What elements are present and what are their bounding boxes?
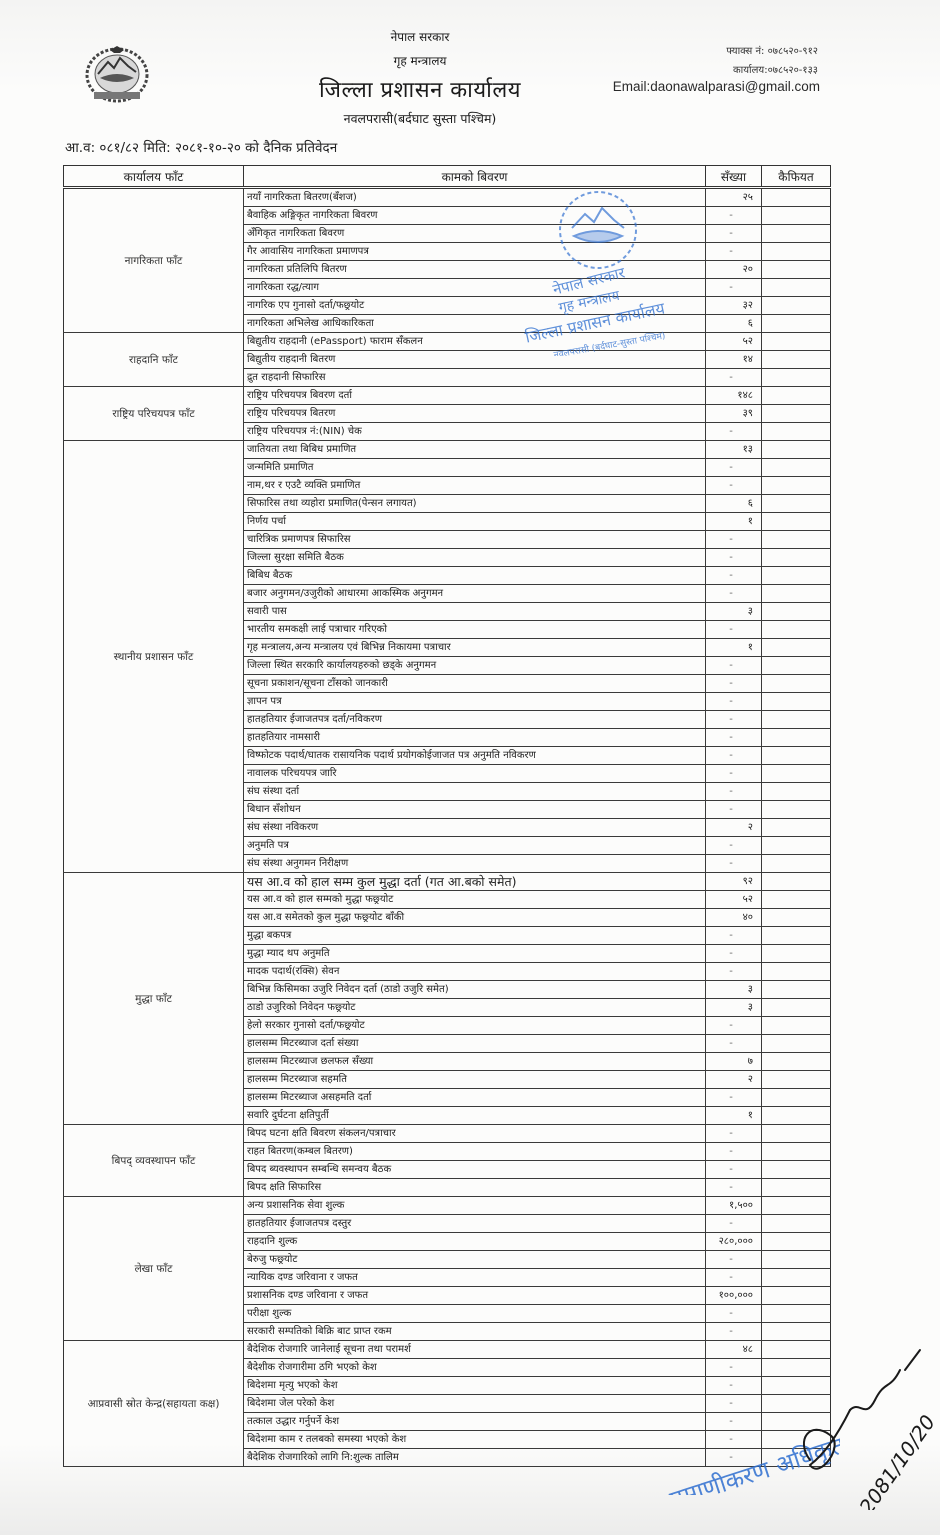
task-description: राष्ट्रिय परिचयपत्र नं:(NIN) चेक (244, 423, 706, 441)
task-count: - (706, 783, 762, 801)
task-description: ठाडो उजुरिको निवेदन फछ्र्योट (244, 999, 706, 1017)
task-description: जातियता तथा बिबिध प्रमाणित (244, 441, 706, 459)
task-count: १४८ (706, 387, 762, 405)
task-count: ३९ (706, 405, 762, 423)
task-count: ३ (706, 981, 762, 999)
task-remark (762, 1431, 831, 1449)
task-remark (762, 1089, 831, 1107)
task-count: १३ (706, 441, 762, 459)
task-count: ६ (706, 315, 762, 333)
task-count: ४८ (706, 1341, 762, 1359)
table-row: स्थानीय प्रशासन फाँटजातियता तथा बिबिध प्… (64, 441, 831, 459)
task-description: अन्य प्रशासनिक सेवा शुल्क (244, 1197, 706, 1215)
task-description: यस आ.व को हाल सम्मको मुद्धा फछ्र्योट (244, 891, 706, 909)
task-remark (762, 423, 831, 441)
task-remark (762, 585, 831, 603)
task-count: - (706, 1179, 762, 1197)
task-remark (762, 225, 831, 243)
task-count: - (706, 1017, 762, 1035)
task-count: ३ (706, 603, 762, 621)
task-description: नाम,थर र एउटै व्यक्ति प्रमाणित (244, 477, 706, 495)
task-description: गैर आवासिय नागरिकता प्रमाणपत्र (244, 243, 706, 261)
task-description: बिपद घटना क्षति बिवरण संकलन/पत्राचार (244, 1125, 706, 1143)
task-description: अनुमति पत्र (244, 837, 706, 855)
task-count: ९२ (706, 873, 762, 891)
task-description: गृह मन्त्रालय,अन्य मन्त्रालय एवं बिभिन्न… (244, 639, 706, 657)
task-remark (762, 297, 831, 315)
task-remark (762, 1197, 831, 1215)
task-count: - (706, 423, 762, 441)
task-count: ३२ (706, 297, 762, 315)
task-count: २० (706, 261, 762, 279)
task-remark (762, 369, 831, 387)
task-description: हालसम्म मिटरब्याज असहमति दर्ता (244, 1089, 706, 1107)
task-remark (762, 441, 831, 459)
section-name: राहदानि फाँट (64, 333, 244, 387)
ministry-name: गृह मन्त्रालय (370, 52, 470, 69)
task-remark (762, 1035, 831, 1053)
task-count: ३ (706, 999, 762, 1017)
task-count: २८०,००० (706, 1233, 762, 1251)
table-row: नागरिकता फाँटनयाँ नागरिकता बितरण(बँशज)२५ (64, 188, 831, 207)
task-count: - (706, 225, 762, 243)
task-description: मादक पदार्थ(रक्सि) सेवन (244, 963, 706, 981)
task-count: - (706, 567, 762, 585)
task-description: हालसम्म मिटरब्याज छलफल सँख्या (244, 1053, 706, 1071)
task-remark (762, 1107, 831, 1125)
task-description: बिद्युतीय राहदानी बितरण (244, 351, 706, 369)
task-description: बैवाहिक अङ्गिकृत नागरिकता बिवरण (244, 207, 706, 225)
task-remark (762, 1179, 831, 1197)
task-count: - (706, 1377, 762, 1395)
task-count: २५ (706, 188, 762, 207)
task-remark (762, 711, 831, 729)
task-description: बिदेशमा मृत्यु भएको केश (244, 1377, 706, 1395)
task-description: बैदेशिक रोजगारिको लागि नि:शुल्क तालिम (244, 1449, 706, 1467)
task-description: बिदेशमा जेल परेको केश (244, 1395, 706, 1413)
task-count: - (706, 657, 762, 675)
task-count: - (706, 585, 762, 603)
task-description: जिल्ला सुरक्षा समिति बैठक (244, 549, 706, 567)
task-count: - (706, 621, 762, 639)
task-description: भारतीय समकक्षी लाई पत्राचार गरिएको (244, 621, 706, 639)
task-count: २ (706, 1071, 762, 1089)
task-count: - (706, 1449, 762, 1467)
task-remark (762, 207, 831, 225)
section-name: बिपद् व्यवस्थापन फाँट (64, 1125, 244, 1197)
task-count: - (706, 1359, 762, 1377)
task-remark (762, 927, 831, 945)
task-description: नागरिकता अभिलेख आधिकारिकता (244, 315, 706, 333)
task-description: हातहतियार नामसारी (244, 729, 706, 747)
task-count: - (706, 927, 762, 945)
task-count: ४० (706, 909, 762, 927)
task-description: जन्ममिति प्रमाणित (244, 459, 706, 477)
task-count: - (706, 801, 762, 819)
task-remark (762, 693, 831, 711)
task-description: नागरिक एप गुनासो दर्ता/फछ्र्योट (244, 297, 706, 315)
section-name: नागरिकता फाँट (64, 188, 244, 333)
task-remark (762, 1287, 831, 1305)
task-remark (762, 333, 831, 351)
column-header-count: सँख्या (706, 166, 762, 188)
task-remark (762, 188, 831, 207)
task-count: - (706, 207, 762, 225)
task-count: - (706, 675, 762, 693)
task-remark (762, 405, 831, 423)
task-description: बिभिन्न किसिमका उजुरि निवेदन दर्ता (ठाडो… (244, 981, 706, 999)
task-description: तत्काल उद्धार गर्नुपर्ने केश (244, 1413, 706, 1431)
task-count: २ (706, 819, 762, 837)
section-name: मुद्धा फाँट (64, 873, 244, 1125)
task-remark (762, 567, 831, 585)
task-count: - (706, 711, 762, 729)
office-phone: कार्यालय:०७८५२०-१३३ (733, 62, 818, 76)
task-count: ७ (706, 1053, 762, 1071)
task-remark (762, 1395, 831, 1413)
task-count: - (706, 963, 762, 981)
task-count: - (706, 837, 762, 855)
task-description: जिल्ला स्थित सरकारि कार्यालयहरुको छड्के … (244, 657, 706, 675)
task-remark (762, 243, 831, 261)
task-count: - (706, 1395, 762, 1413)
task-description: राष्ट्रिय परिचयपत्र बिवरण दर्ता (244, 387, 706, 405)
task-remark (762, 351, 831, 369)
section-name: राष्ट्रिय परिचयपत्र फाँट (64, 387, 244, 441)
task-remark (762, 801, 831, 819)
task-remark (762, 315, 831, 333)
task-remark (762, 1413, 831, 1431)
task-count: - (706, 945, 762, 963)
task-remark (762, 477, 831, 495)
task-remark (762, 981, 831, 999)
report-title: आ.व: ०८१/८२ मिति: २०८१-१०-२० को दैनिक प्… (65, 138, 337, 156)
task-description: अँगिकृत नागरिकता बिवरण (244, 225, 706, 243)
task-remark (762, 1071, 831, 1089)
task-remark (762, 1215, 831, 1233)
task-count: - (706, 693, 762, 711)
task-count: - (706, 1323, 762, 1341)
task-remark (762, 549, 831, 567)
task-remark (762, 1359, 831, 1377)
task-count: - (706, 1431, 762, 1449)
task-remark (762, 621, 831, 639)
table-row: आप्रवासी स्रोत केन्द्र(सहायता कक्ष)बैदेश… (64, 1341, 831, 1359)
task-count: - (706, 1251, 762, 1269)
task-remark (762, 261, 831, 279)
task-remark (762, 783, 831, 801)
task-count: - (706, 765, 762, 783)
task-remark (762, 531, 831, 549)
task-description: बेरुजु फछ्र्योट (244, 1251, 706, 1269)
task-count: - (706, 1305, 762, 1323)
daily-report-table: कार्यालय फाँट कामको बिवरण सँख्या कैफियत … (63, 165, 831, 1467)
column-header-remarks: कैफियत (762, 166, 831, 188)
task-count: - (706, 369, 762, 387)
task-description: हातहतियार ईजाजतपत्र दस्तुर (244, 1215, 706, 1233)
task-count: ५२ (706, 333, 762, 351)
office-name: जिल्ला प्रशासन कार्यालय (300, 74, 540, 104)
task-count: - (706, 459, 762, 477)
task-description: बैदेशीक रोजगारीमा ठगि भएको केश (244, 1359, 706, 1377)
task-description: मुद्धा बकपत्र (244, 927, 706, 945)
task-description: निर्णय पर्चा (244, 513, 706, 531)
task-remark (762, 945, 831, 963)
task-description: विष्फोटक पदार्थ/घातक रासायनिक पदार्थ प्र… (244, 747, 706, 765)
task-description: सवारि दुर्घटना क्षतिपुर्ती (244, 1107, 706, 1125)
task-remark (762, 873, 831, 891)
table-row: लेखा फाँटअन्य प्रशासनिक सेवा शुल्क१,५०० (64, 1197, 831, 1215)
task-description: सरकारी सम्पतिको बिक्रि बाट प्राप्त रकम (244, 1323, 706, 1341)
column-header-description: कामको बिवरण (244, 166, 706, 188)
task-count: - (706, 243, 762, 261)
task-description: यस आ.व समेतको कुल मुद्धा फछ्र्योट बाँकी (244, 909, 706, 927)
task-count: - (706, 477, 762, 495)
task-description: संघ संस्था अनुगमन निरीक्षण (244, 855, 706, 873)
section-name: आप्रवासी स्रोत केन्द्र(सहायता कक्ष) (64, 1341, 244, 1467)
task-remark (762, 765, 831, 783)
task-remark (762, 1305, 831, 1323)
task-count: १४ (706, 351, 762, 369)
section-name: स्थानीय प्रशासन फाँट (64, 441, 244, 873)
task-remark (762, 729, 831, 747)
nepal-emblem-icon (80, 44, 154, 104)
office-location: नवलपरासी(बर्दघाट सुस्ता पश्चिम) (330, 110, 510, 127)
task-count: - (706, 747, 762, 765)
task-remark (762, 891, 831, 909)
task-count: - (706, 729, 762, 747)
task-remark (762, 639, 831, 657)
task-remark (762, 1143, 831, 1161)
task-remark (762, 1377, 831, 1395)
task-remark (762, 1251, 831, 1269)
task-description: हेलो सरकार गुनासो दर्ता/फछ्र्योट (244, 1017, 706, 1035)
task-description: बिदेशमा काम र तलबको समस्या भएको केश (244, 1431, 706, 1449)
task-count: १ (706, 513, 762, 531)
task-remark (762, 603, 831, 621)
task-count: - (706, 279, 762, 297)
task-description: नावालक परिचयपत्र जारि (244, 765, 706, 783)
task-description: बिधान सँशोधन (244, 801, 706, 819)
task-count: - (706, 1035, 762, 1053)
task-description: बजार अनुगमन/उजुरीको आधारमा आकस्मिक अनुगम… (244, 585, 706, 603)
task-count: - (706, 1143, 762, 1161)
table-header-row: कार्यालय फाँट कामको बिवरण सँख्या कैफियत (64, 166, 831, 188)
task-description: नागरिकता रद्ध/त्याग (244, 279, 706, 297)
task-description: चारित्रिक प्रमाणपत्र सिफारिस (244, 531, 706, 549)
task-remark (762, 855, 831, 873)
task-description: बिपद ब्यवस्थापन सम्बन्धि समन्वय बैठक (244, 1161, 706, 1179)
task-remark (762, 1017, 831, 1035)
task-description: बिपद क्षति सिफारिस (244, 1179, 706, 1197)
column-header-section: कार्यालय फाँट (64, 166, 244, 188)
task-description: राष्ट्रिय परिचयपत्र बितरण (244, 405, 706, 423)
task-description: बिबिध बैठक (244, 567, 706, 585)
task-count: - (706, 1161, 762, 1179)
task-remark (762, 1233, 831, 1251)
task-remark (762, 1449, 831, 1467)
task-remark (762, 495, 831, 513)
task-description: संघ संस्था दर्ता (244, 783, 706, 801)
task-remark (762, 1323, 831, 1341)
task-description: सवारी पास (244, 603, 706, 621)
task-remark (762, 1269, 831, 1287)
task-description: राहदानि शुल्क (244, 1233, 706, 1251)
task-description: सिफारिस तथा व्यहोरा प्रमाणित(पेन्सन लगाय… (244, 495, 706, 513)
task-description: बैदेशिक रोजगारि जानेलाई सूचना तथा परामर्… (244, 1341, 706, 1359)
task-remark (762, 459, 831, 477)
government-name: नेपाल सरकार (380, 28, 460, 45)
table-row: राहदानि फाँटबिद्युतीय राहदानी (ePassport… (64, 333, 831, 351)
table-row: राष्ट्रिय परिचयपत्र फाँटराष्ट्रिय परिचयप… (64, 387, 831, 405)
task-description: हालसम्म मिटरब्याज सहमति (244, 1071, 706, 1089)
task-count: - (706, 1413, 762, 1431)
task-description: सूचना प्रकाशन/सूचना टाँसको जानकारी (244, 675, 706, 693)
task-count: - (706, 1269, 762, 1287)
task-description: प्रशासनिक दण्ड जरिवाना र जफत (244, 1287, 706, 1305)
task-description: नयाँ नागरिकता बितरण(बँशज) (244, 188, 706, 207)
task-remark (762, 963, 831, 981)
task-description: नागरिकता प्रतिलिपि बितरण (244, 261, 706, 279)
task-count: १,५०० (706, 1197, 762, 1215)
task-remark (762, 819, 831, 837)
task-description: द्रुत राहदानी सिफारिस (244, 369, 706, 387)
task-remark (762, 675, 831, 693)
task-remark (762, 999, 831, 1017)
fax-number: फ्याक्स नं: ०७८५२०-९१२ (726, 43, 818, 57)
table-body: नागरिकता फाँटनयाँ नागरिकता बितरण(बँशज)२५… (64, 188, 831, 1467)
task-description: संघ संस्था नविकरण (244, 819, 706, 837)
task-remark (762, 657, 831, 675)
task-remark (762, 747, 831, 765)
task-count: - (706, 1215, 762, 1233)
task-description: हालसम्म मिटरब्याज दर्ता संख्या (244, 1035, 706, 1053)
table-row: बिपद् व्यवस्थापन फाँटबिपद घटना क्षति बिव… (64, 1125, 831, 1143)
task-remark (762, 1125, 831, 1143)
table-row: मुद्धा फाँटयस आ.व को हाल सम्म कुल मुद्धा… (64, 873, 831, 891)
task-count: १ (706, 1107, 762, 1125)
task-remark (762, 909, 831, 927)
task-count: १ (706, 639, 762, 657)
task-count: - (706, 531, 762, 549)
task-remark (762, 1341, 831, 1359)
task-description: मुद्धा म्याद थप अनुमति (244, 945, 706, 963)
task-description: राहत बितरण(कम्बल बितरण) (244, 1143, 706, 1161)
email-address: Email:daonawalparasi@gmail.com (613, 79, 820, 94)
task-count: - (706, 855, 762, 873)
task-description: परीक्षा शुल्क (244, 1305, 706, 1323)
task-description: ज्ञापन पत्र (244, 693, 706, 711)
task-count: - (706, 549, 762, 567)
task-count: ६ (706, 495, 762, 513)
task-remark (762, 1053, 831, 1071)
task-description: यस आ.व को हाल सम्म कुल मुद्धा दर्ता (गत … (244, 873, 706, 891)
task-count: १००,००० (706, 1287, 762, 1305)
task-description: हातहतियार ईजाजतपत्र दर्ता/नविकरण (244, 711, 706, 729)
task-remark (762, 279, 831, 297)
task-description: बिद्युतीय राहदानी (ePassport) फाराम सँकल… (244, 333, 706, 351)
task-count: ५२ (706, 891, 762, 909)
task-count: - (706, 1089, 762, 1107)
section-name: लेखा फाँट (64, 1197, 244, 1341)
task-remark (762, 387, 831, 405)
task-remark (762, 513, 831, 531)
task-remark (762, 837, 831, 855)
task-description: न्यायिक दण्ड जरिवाना र जफत (244, 1269, 706, 1287)
task-remark (762, 1161, 831, 1179)
task-count: - (706, 1125, 762, 1143)
